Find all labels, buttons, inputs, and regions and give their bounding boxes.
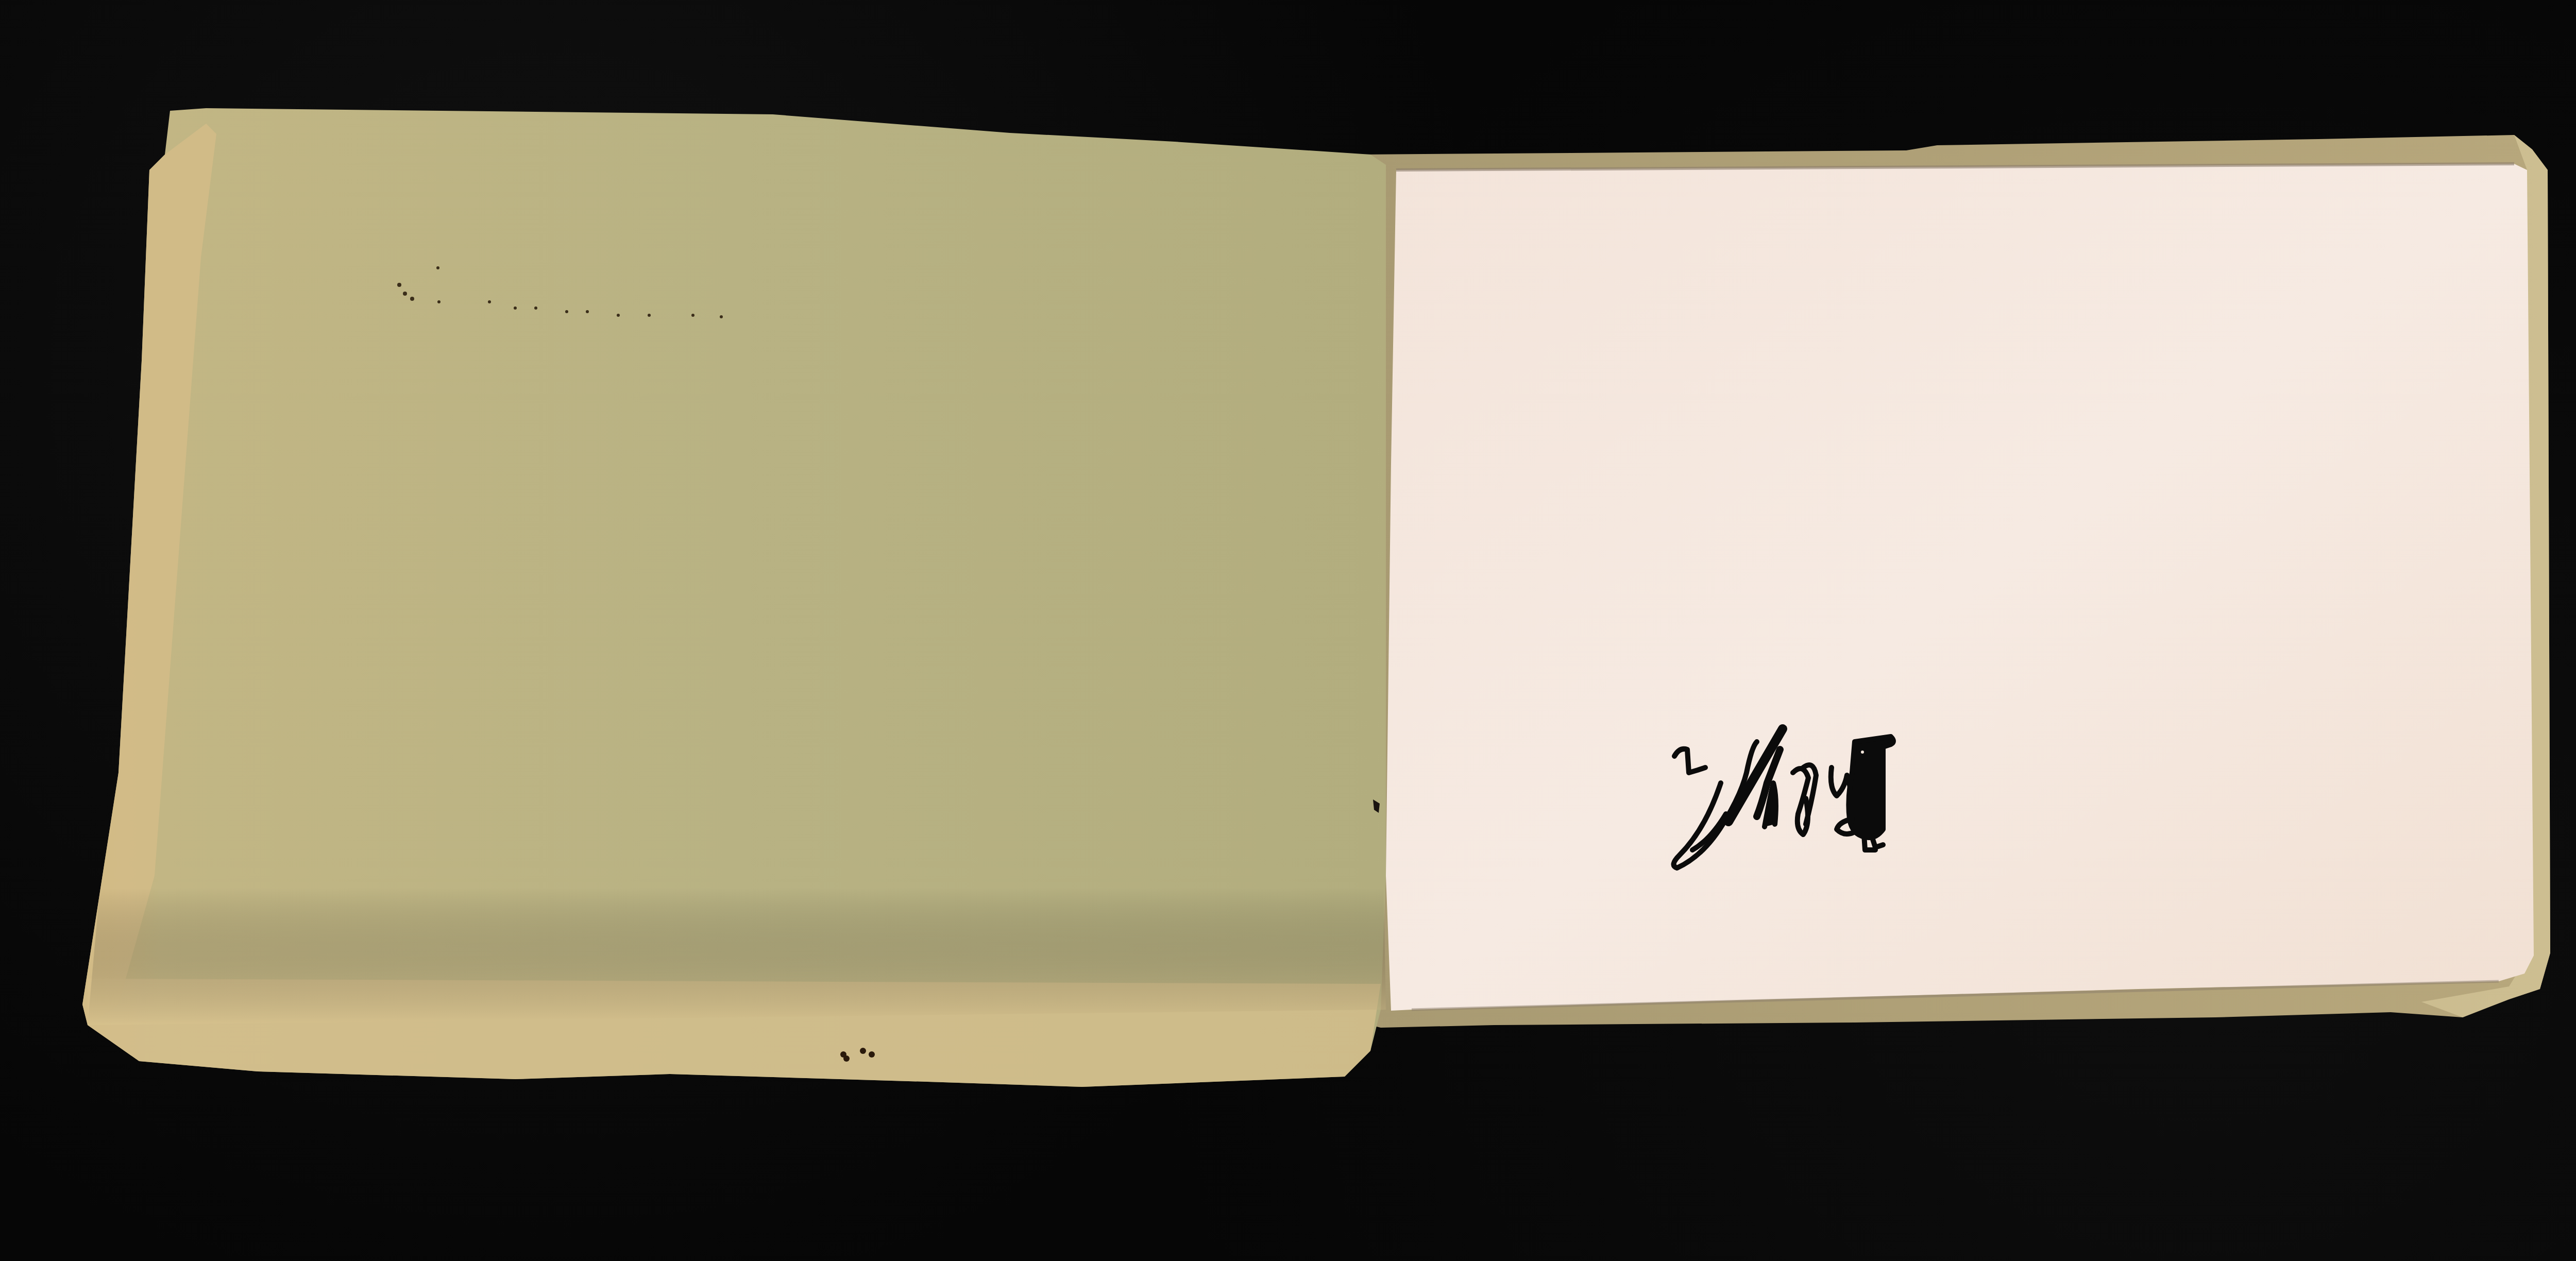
left-page-shade [88,111,1386,1025]
album-scene [0,0,2576,1261]
right-page [1386,164,2534,1011]
album-photo [0,0,2576,1261]
